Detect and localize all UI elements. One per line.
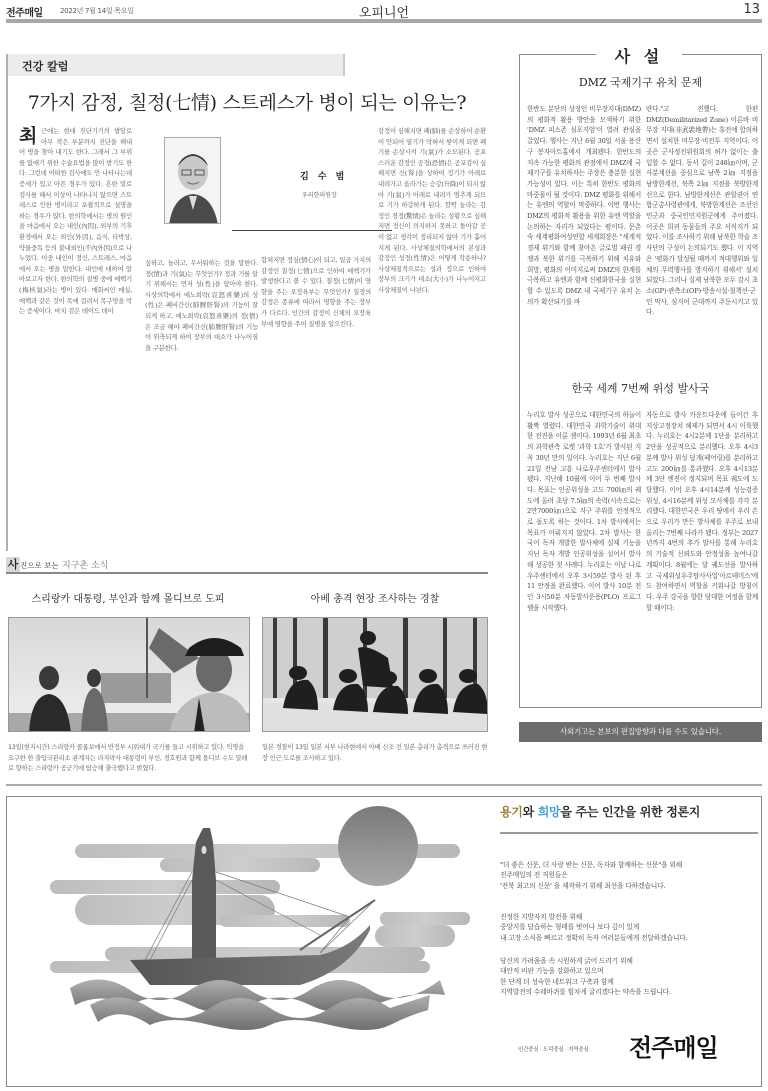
photo-news-caption-1: 13일(현지시간) 스리랑카 콜롬보에서 반정부 시위대가 국기를 들고 시위하… — [8, 743, 250, 775]
masthead-rule — [6, 19, 762, 23]
health-column-text-3: 합쳐지면 정심(情心)이 되고, 일곱 가지의 감정인 칠정(七情)으로 인하여… — [261, 255, 371, 546]
health-column-text-4: 감정이 심해지면 폐(肺)를 손상하여 순환이 안되어 열기가 막혀서 쌓이게 … — [378, 126, 486, 546]
contributor-disclaimer: 사외기고는 본보의 편집방향과 다를 수도 있습니다. — [519, 722, 762, 742]
photo-news-title-2: 아베 총격 현장 조사하는 경찰 — [262, 590, 488, 605]
photo-news-image-1 — [8, 617, 250, 732]
ad-slogan: 용기와 희망을 주는 인간을 위한 정론지 — [500, 803, 700, 820]
ad-divider — [500, 832, 758, 834]
ad-illustration — [20, 800, 480, 1080]
editorial-1-text-col2: 란다."고 전했다. 한편 DMZ(Demilitarized Zone) 이른… — [646, 104, 758, 366]
health-column-header: 건강 칼럼 — [6, 54, 345, 76]
photo-news-header: 사 진으로 보는 지구촌 소식 — [6, 554, 488, 574]
ad-paragraph-2: 진정한 지방자치 발전을 위해 중앙지를 답습하는 형태를 벗어나 보다 깊이 … — [500, 912, 688, 943]
health-column-title: 7가지 감정, 칠정(七情) 스트레스가 병이 되는 이유는? — [6, 88, 488, 115]
editorial-title-2: 한국 세계 7번째 위성 발사국 — [519, 380, 762, 396]
slogan-courage: 용기 — [500, 805, 523, 819]
photo-news-caption-2: 일본 경찰이 13일 일본 서부 나라현에서 아베 신조 전 일본 총리가 총격… — [262, 743, 488, 764]
ad-paragraph-1: "더 좋은 신문, 더 사랑 받는 신문, 독자와 함께하는 신문"을 위해 전… — [500, 860, 682, 891]
editorial-1-text-col1: 한반도 분단의 상징인 비무장지대(DMZ)의 평화적 활용 방안을 모색하기 … — [527, 104, 641, 366]
ad-paragraph-3: 당신의 가려움을 속 시원하게 긁어 드리기 위해 대안적 비판 기능을 강화하… — [500, 956, 671, 997]
pen-nib-ship-illustration-icon — [20, 800, 480, 1080]
health-column-text-1: 최근에는 현대 진단기기의 발달로 아무 작은 부분까지 진단을 해내어 병을 … — [19, 126, 132, 546]
editorial-label: 사 설 — [596, 44, 682, 67]
page-number: 13 — [743, 2, 760, 17]
editorial-2-text-col2: 자동으로 발사 카운트다운에 들어간 후 지상고정장치 해제가 되면서 4시 이… — [646, 410, 758, 702]
author-portrait-icon — [165, 138, 221, 224]
photo-news-image-2 — [262, 617, 488, 732]
photo-news-title-1: 스리랑카 대통령, 부인과 함께 몰디브로 도피 — [6, 590, 250, 605]
column-label: 건강 칼럼 — [22, 58, 68, 74]
section-divider — [6, 784, 762, 786]
photo-news-initial: 사 — [6, 557, 20, 572]
editorial-2-text-col1: 누리호 발사 성공으로 대한민국의 하늘이 활짝 열렸다. 대한민국 과학기술이… — [527, 410, 641, 702]
health-column-text-2: 심하고, 놀라고, 무서워하는 것을 말한다. 정(情)과 기(氣)는 무엇인가… — [145, 258, 258, 546]
ad-tagline: 인간중심 · 도덕중심 · 지역중심 — [518, 1045, 589, 1053]
author-affiliation: 우리한의원장 — [302, 190, 337, 199]
slogan-hope: 희망 — [538, 805, 561, 819]
photo-news-subtitle: 진으로 보는 — [20, 560, 59, 571]
protest-photo-icon — [9, 618, 250, 732]
author-photo — [164, 137, 221, 224]
photo-news-title: 지구촌 소식 — [62, 558, 108, 571]
author-divider — [232, 230, 392, 231]
author-name: 김 수 범 — [300, 169, 360, 182]
dropcap: 최 — [19, 126, 37, 146]
ad-logo: 전주매일 — [629, 1028, 718, 1063]
editorial-title-1: DMZ 국제기구 유치 문제 — [519, 74, 762, 90]
police-investigation-photo-icon — [263, 618, 488, 732]
